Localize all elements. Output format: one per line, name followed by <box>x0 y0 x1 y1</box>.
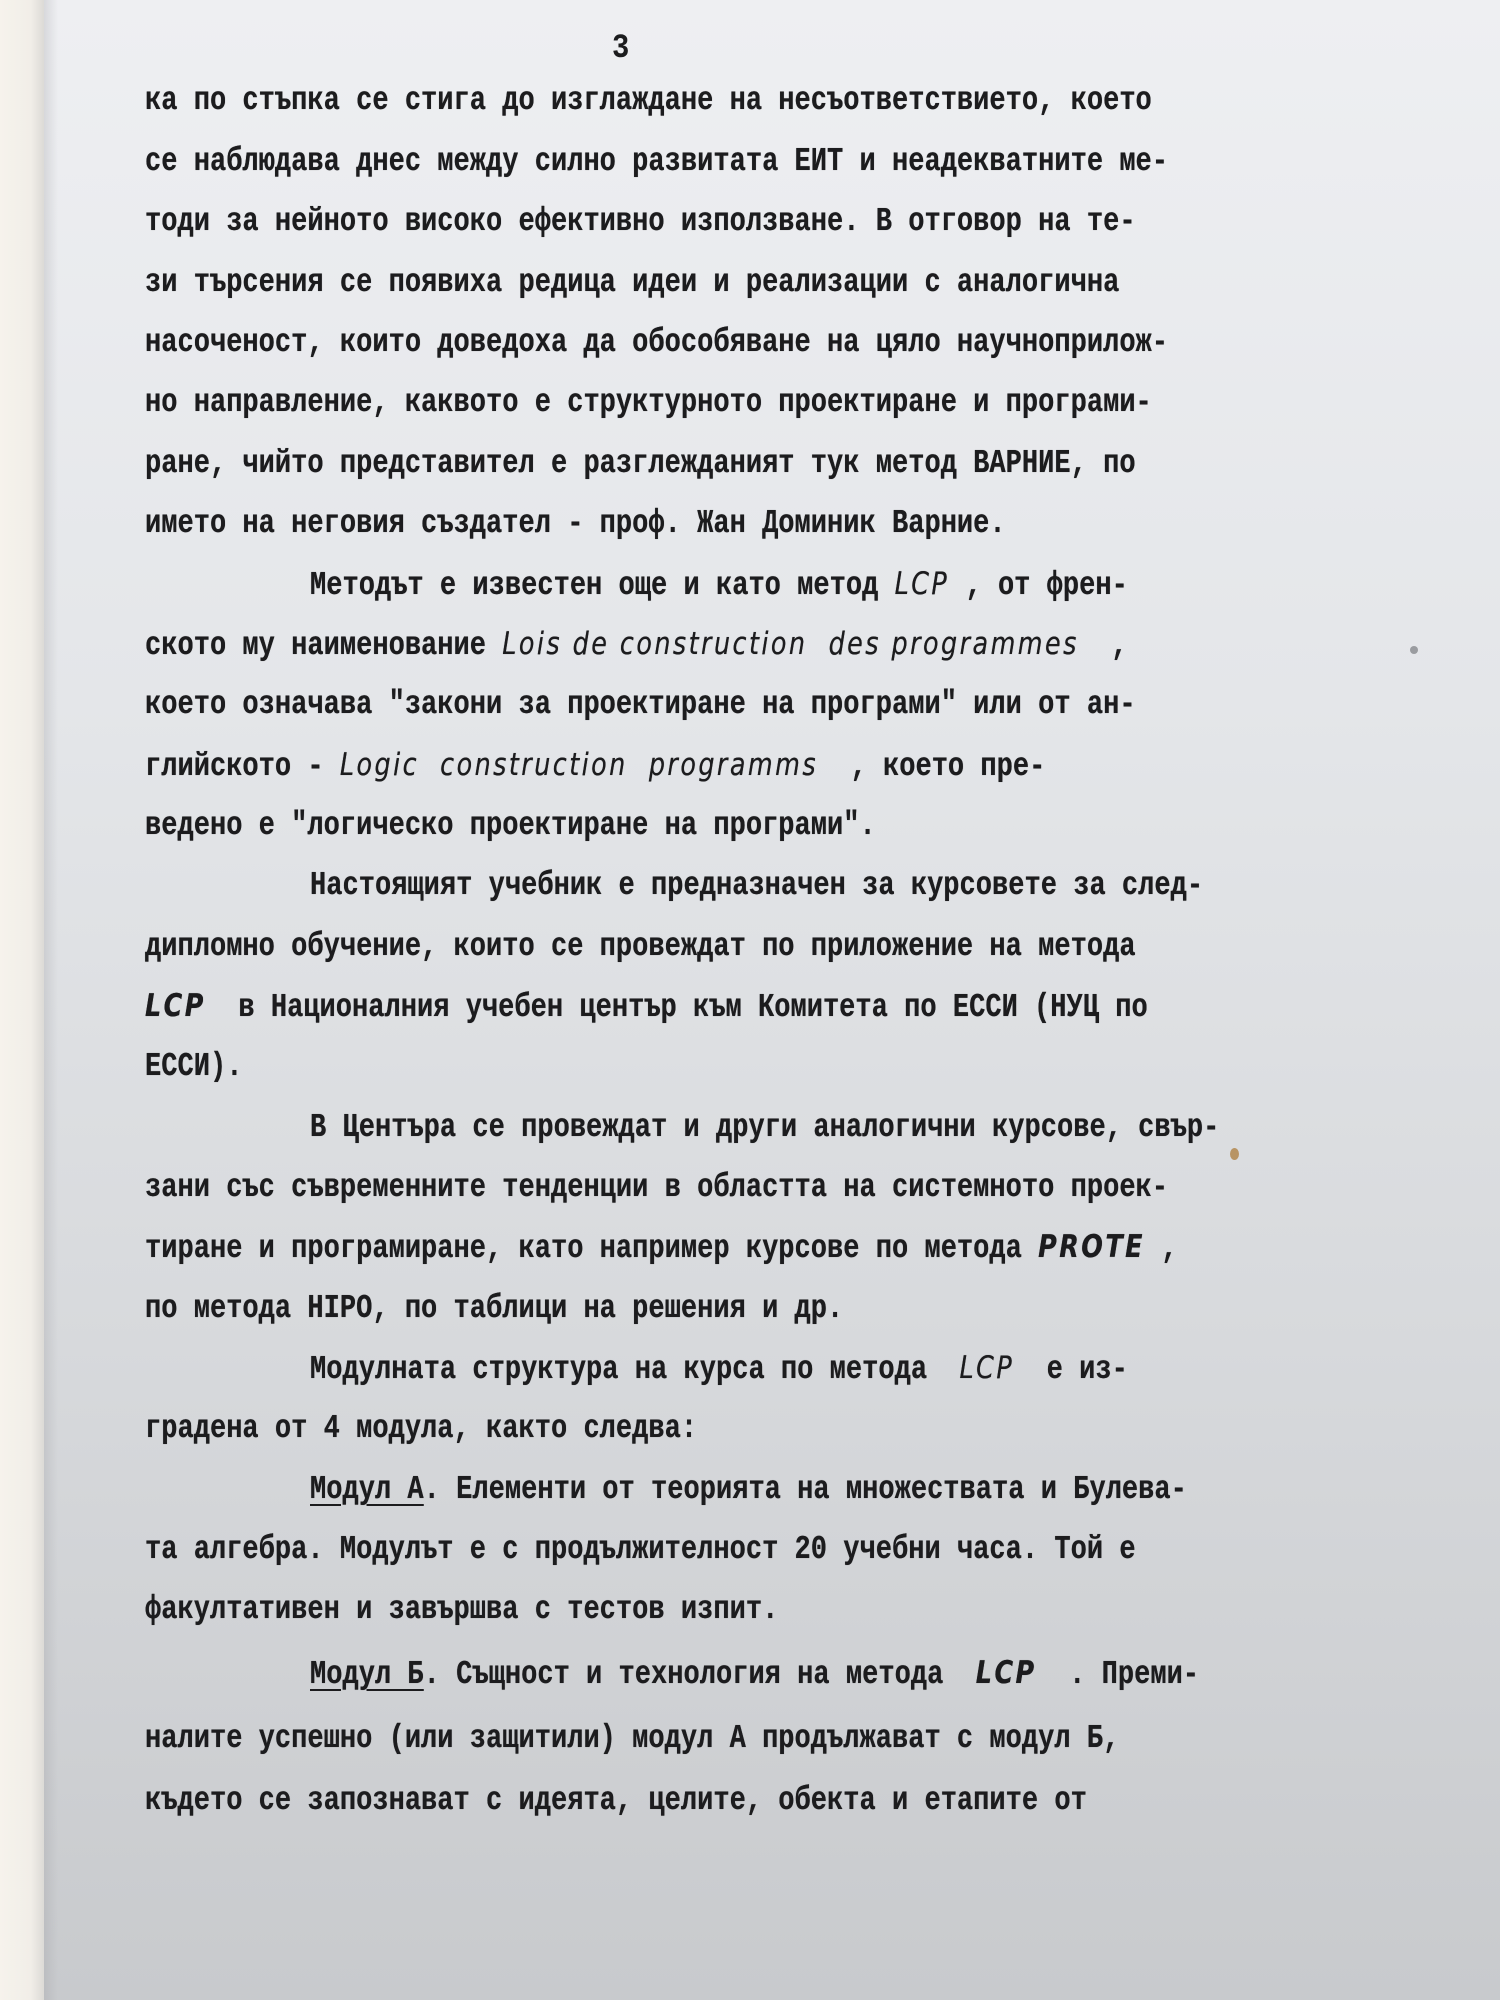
text-run: е из- <box>1014 1351 1128 1388</box>
text-run: в Националния учебен център към Комитета… <box>206 989 1148 1026</box>
handwritten-term-lcp: LCP <box>976 1655 1037 1691</box>
text-line: но направление, каквото е структурното п… <box>145 384 1152 421</box>
text-line: ка по стъпка се стига до изглаждане на н… <box>145 82 1152 119</box>
text-run: ското му наименование <box>145 627 502 664</box>
handwritten-term-english: Logic construction programms <box>340 747 818 783</box>
text-line: ране, чийто представител е разглежданият… <box>145 445 1136 482</box>
text-run: , <box>1079 627 1128 664</box>
handwritten-term-lcp: LCP <box>895 566 950 602</box>
text-line: името на неговия създател - проф. Жан До… <box>145 505 1006 542</box>
text-run: тиране и програмиране, като например кур… <box>145 1230 1038 1267</box>
handwritten-term-french: Lois de construction des programmes <box>502 626 1079 662</box>
paper-spot <box>1410 646 1418 654</box>
text-line: Модулната структура на курса по метода L… <box>310 1350 1128 1388</box>
text-line: факултативен и завършва с тестов изпит. <box>145 1591 778 1628</box>
text-line: където се запознават с идеята, целите, о… <box>145 1782 1087 1819</box>
paper-stain <box>1230 1148 1239 1160</box>
text-line: зи търсения се появиха редица идеи и реа… <box>145 264 1119 301</box>
text-line: глийското - Logic construction programms… <box>145 747 1045 785</box>
module-b-heading: Модул Б <box>310 1656 424 1693</box>
text-line: дипломно обучение, които се провеждат по… <box>145 928 1136 965</box>
text-line: Настоящият учебник е предназначен за кур… <box>310 867 1203 904</box>
text-line: ведено е "логическо проектиране на прогр… <box>145 807 876 844</box>
text-run: . Елементи от теорията на множествата и … <box>424 1471 1187 1508</box>
text-run: . Преми- <box>1037 1656 1199 1693</box>
text-run: Модулната структура на курса по метода <box>310 1351 960 1388</box>
page-edge-shadow <box>44 0 58 2000</box>
text-line: се наблюдава днес между силно развитата … <box>145 143 1168 180</box>
text-run: , което пре- <box>818 748 1045 785</box>
module-a-heading: Модул А <box>310 1471 424 1508</box>
text-line: зани със съвременните тенденции в област… <box>145 1169 1168 1206</box>
text-line: LCP в Националния учебен център към Коми… <box>145 988 1148 1026</box>
handwritten-term-prote: PROTE <box>1038 1229 1145 1265</box>
text-line: В Центъра се провеждат и други аналогичн… <box>310 1109 1219 1146</box>
text-line: налите успешно (или защитили) модул А пр… <box>145 1720 1119 1757</box>
text-run: , <box>1145 1230 1177 1267</box>
text-line: Модул Б. Същност и технология на метода … <box>310 1655 1199 1693</box>
page-number: 3 <box>612 30 629 68</box>
text-line: тиране и програмиране, като например кур… <box>145 1229 1177 1267</box>
text-line: насоченост, които доведоха да обособяван… <box>145 324 1168 361</box>
text-line: тоди за нейното високо ефективно използв… <box>145 203 1136 240</box>
text-line: което означава "закони за проектиране на… <box>145 686 1136 723</box>
text-line: Методът е известен още и като метод LCP … <box>310 566 1128 604</box>
text-run: . Същност и технология на метода <box>424 1656 976 1693</box>
text-run: глийското - <box>145 748 340 785</box>
handwritten-term-lcp: LCP <box>960 1350 1015 1386</box>
text-run: , от френ- <box>949 567 1128 604</box>
handwritten-term-lcp: LCP <box>145 988 206 1024</box>
page-edge <box>0 0 44 2000</box>
text-line: градена от 4 модула, както следва: <box>145 1410 697 1447</box>
text-line: та алгебра. Модулът е с продължителност … <box>145 1531 1136 1568</box>
text-run: Методът е известен още и като метод <box>310 567 895 604</box>
text-line: Модул А. Елементи от теорията на множест… <box>310 1471 1187 1508</box>
text-line: ското му наименование Lois de constructi… <box>145 626 1128 664</box>
text-line: по метода HIPO, по таблици на решения и … <box>145 1290 843 1327</box>
text-line: ЕССИ). <box>145 1048 242 1085</box>
